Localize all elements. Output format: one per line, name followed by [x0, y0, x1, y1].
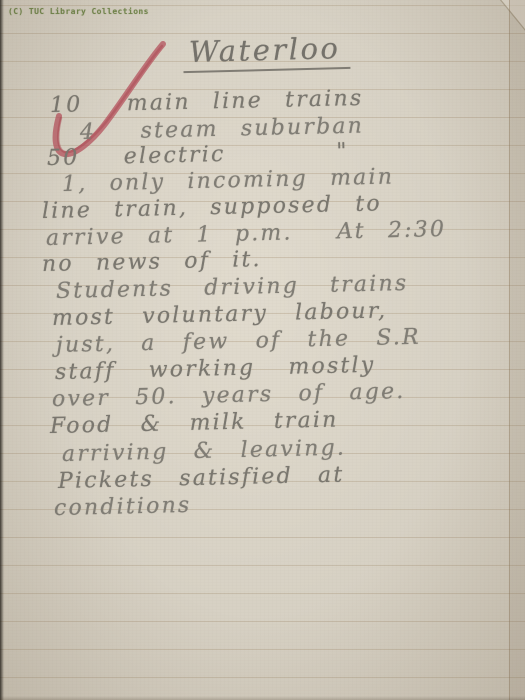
- scan-vignette: [0, 0, 525, 700]
- scanned-notebook-page: (C) TUC Library Collections Waterloo 10 …: [0, 0, 525, 700]
- scan-left-edge: [0, 0, 4, 700]
- scan-bottom-edge: [0, 696, 525, 700]
